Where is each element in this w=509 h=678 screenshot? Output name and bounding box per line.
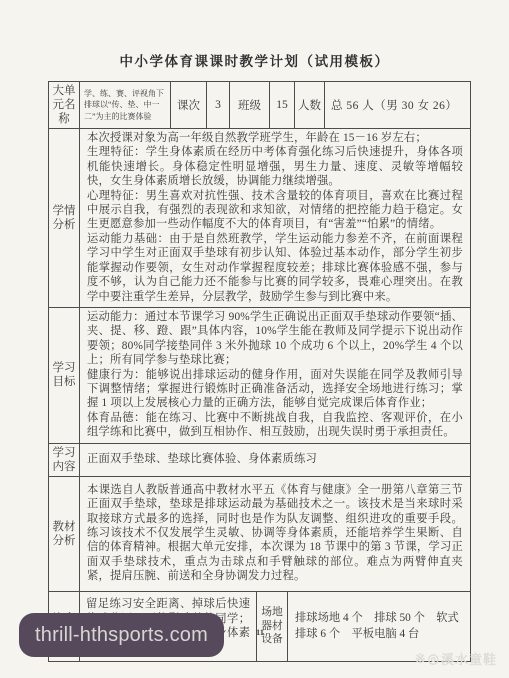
- paragraph: 心理特征：男生喜欢对抗性强、技术含量较的体育项目，喜欢在比赛过程中展示自我，有强…: [87, 189, 463, 232]
- lesson-number-label: 课次: [171, 82, 207, 128]
- material-analysis-label: 教材分析: [49, 477, 80, 591]
- paragraph: 本次授课对象为高一年级自然教学班学生，年龄在 15－16 岁左右；: [87, 131, 463, 145]
- class-value: 15: [270, 82, 295, 128]
- paragraph: 体育品德：能在练习、比赛中不断挑战自我，自我监控、客观评价，在小组学练和比赛中，…: [87, 411, 463, 440]
- circle-icon: ◎: [428, 651, 440, 667]
- table-row-student-analysis: 学情分析 本次授课对象为高一年级自然教学班学生，年龄在 15－16 岁左右； 生…: [49, 129, 470, 308]
- page-title: 中小学体育课课时教学计划（试用模板）: [0, 50, 509, 70]
- unit-name-label: 大单元名称: [49, 82, 80, 128]
- table-row-unit: 大单元名称 学、练、赛、评视角下排球以“传、垫、中一二”为主的比赛体验 课次 3…: [49, 82, 470, 129]
- watermark-pill: thrill-hthsports.com: [19, 613, 224, 657]
- corner-watermark: ※ ◎ 溪水童鞋: [415, 649, 497, 668]
- unit-name-value: 学、练、赛、评视角下排球以“传、垫、中一二”为主的比赛体验: [80, 82, 171, 128]
- table-row-material-analysis: 教材分析 本课选自人教版普通高中教材水平五《体育与健康》全一册第八章第三节正面双…: [49, 477, 470, 592]
- learning-goals-label: 学习目标: [49, 308, 80, 443]
- students-label: 人数: [295, 82, 325, 128]
- paragraph: 健康行为：能够说出排球运动的健身作用，面对失误能在同学及教师引导下调整情绪；掌握…: [87, 368, 463, 411]
- class-label: 班级: [230, 82, 270, 128]
- lesson-number-value: 3: [207, 82, 230, 128]
- paragraph: 运动能力：通过本节课学习 90%学生正确说出正面双手垫球动作要领“插、夹、提、移…: [87, 310, 463, 368]
- corner-watermark-text: 溪水童鞋: [441, 649, 497, 668]
- learning-goals-text: 运动能力：通过本节课学习 90%学生正确说出正面双手垫球动作要领“插、夹、提、移…: [80, 308, 470, 443]
- page-number: 11: [256, 627, 264, 637]
- material-analysis-text: 本课选自人教版普通高中教材水平五《体育与健康》全一册第八章第三节正面双手垫球，垫…: [80, 477, 470, 591]
- paw-icon: ※: [415, 651, 427, 667]
- watermark-pill-text: thrill-hthsports.com: [35, 624, 208, 647]
- table-row-learning-goals: 学习目标 运动能力：通过本节课学习 90%学生正确说出正面双手垫球动作要领“插、…: [49, 308, 470, 444]
- teaching-plan-table: 大单元名称 学、练、赛、评视角下排球以“传、垫、中一二”为主的比赛体验 课次 3…: [48, 81, 471, 662]
- learning-content-text: 正面双手垫球、垫球比赛体验、身体素质练习: [80, 444, 470, 476]
- student-analysis-label: 学情分析: [49, 129, 80, 307]
- students-value: 总 56 人（男 30 女 26）: [325, 82, 470, 128]
- document-page: 中小学体育课课时教学计划（试用模板） 大单元名称 学、练、赛、评视角下排球以“传…: [0, 0, 509, 678]
- paragraph: 运动能力基础：由于是自然班教学，学生运动能力参差不齐，在前面课程学习中学生对正面…: [87, 232, 463, 304]
- table-row-learning-content: 学习内容 正面双手垫球、垫球比赛体验、身体素质练习: [49, 444, 470, 477]
- learning-content-label: 学习内容: [49, 444, 80, 476]
- paragraph: 生理特征：学生身体素质在经历中考体育强化练习后快速提升，身体各项机能快速增长。身…: [87, 145, 463, 188]
- student-analysis-text: 本次授课对象为高一年级自然教学班学生，年龄在 15－16 岁左右； 生理特征：学…: [80, 129, 470, 307]
